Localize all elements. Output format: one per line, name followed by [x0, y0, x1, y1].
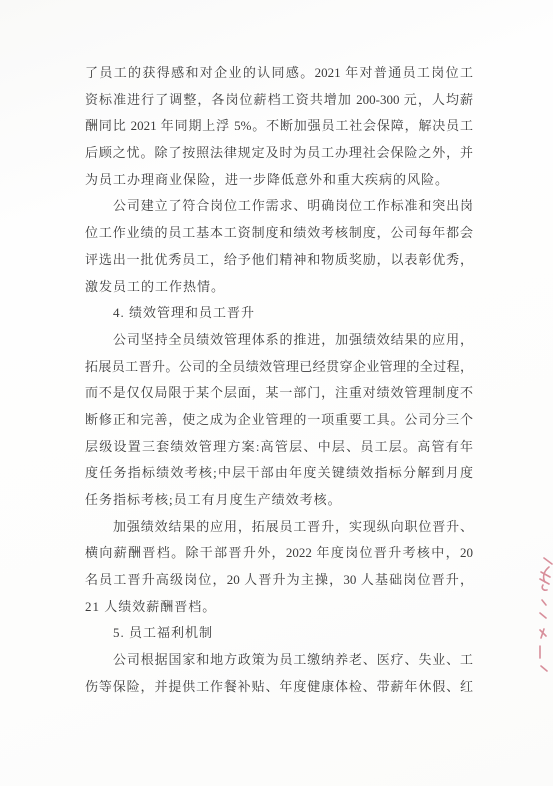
text-line: 评选出一批优秀员工，给予他们精神和物质奖励，以表彰优秀，	[85, 247, 473, 274]
text-line: 公司建立了符合岗位工作需求、明确岗位工作标准和突出岗	[85, 193, 473, 220]
text-line: 横向薪酬晋档。除干部晋升外，2022 年度岗位晋升考核中，20	[85, 540, 473, 567]
text-line: 加强绩效结果的应用，拓展员工晋升，实现纵向职位晋升、	[85, 514, 473, 541]
text-line: 名员工晋升高级岗位，20 人晋升为主操，30 人基础岗位晋升，	[85, 567, 473, 594]
text-line: 后顾之忧。除了按照法律规定及时为员工办理社会保险之外，并	[85, 140, 473, 167]
text-line: 层级设置三套绩效管理方案:高管层、中层、员工层。高管有年	[85, 434, 473, 461]
text-line: 度任务指标绩效考核;中层干部由年度关键绩效指标分解到月度	[85, 460, 473, 487]
section-heading-line: 5. 员工福利机制	[85, 620, 473, 647]
text-line: 公司根据国家和地方政策为员工缴纳养老、医疗、失业、工	[85, 647, 473, 674]
text-line: 位工作业绩的员工基本工资制度和绩效考核制度，公司每年都会	[85, 220, 473, 247]
text-line: 任务指标考核;员工有月度生产绩效考核。	[85, 487, 473, 514]
text-line: 伤等保险，并提供工作餐补贴、年度健康体检、带薪年休假、红	[85, 674, 473, 701]
text-line: 激发员工的工作热情。	[85, 274, 473, 301]
text-line: 资标准进行了调整，各岗位薪档工资共增加 200-300 元，人均薪	[85, 87, 473, 114]
text-line: 拓展员工晋升。公司的全员绩效管理已经贯穿企业管理的全过程，	[85, 354, 473, 381]
section-heading-line: 4. 绩效管理和员工晋升	[85, 300, 473, 327]
document-page: 了员工的获得感和对企业的认同感。2021 年对普通员工岗位工资标准进行了调整，各…	[0, 0, 553, 786]
text-line: 了员工的获得感和对企业的认同感。2021 年对普通员工岗位工	[85, 60, 473, 87]
text-line: 公司坚持全员绩效管理体系的推进，加强绩效结果的应用，	[85, 327, 473, 354]
text-line: 断修正和完善，使之成为企业管理的一项重要工具。公司分三个	[85, 407, 473, 434]
red-pen-marks	[531, 551, 553, 679]
text-line: 酬同比 2021 年同期上浮 5%。不断加强员工社会保障，解决员工	[85, 113, 473, 140]
text-line: 为员工办理商业保险，进一步降低意外和重大疾病的风险。	[85, 167, 473, 194]
text-line: 而不是仅仅局限于某个层面，某一部门，注重对绩效管理制度不	[85, 380, 473, 407]
document-text-block: 了员工的获得感和对企业的认同感。2021 年对普通员工岗位工资标准进行了调整，各…	[85, 60, 473, 701]
red-pen-strokes	[540, 558, 552, 671]
text-line: 21 人绩效薪酬晋档。	[85, 594, 473, 621]
